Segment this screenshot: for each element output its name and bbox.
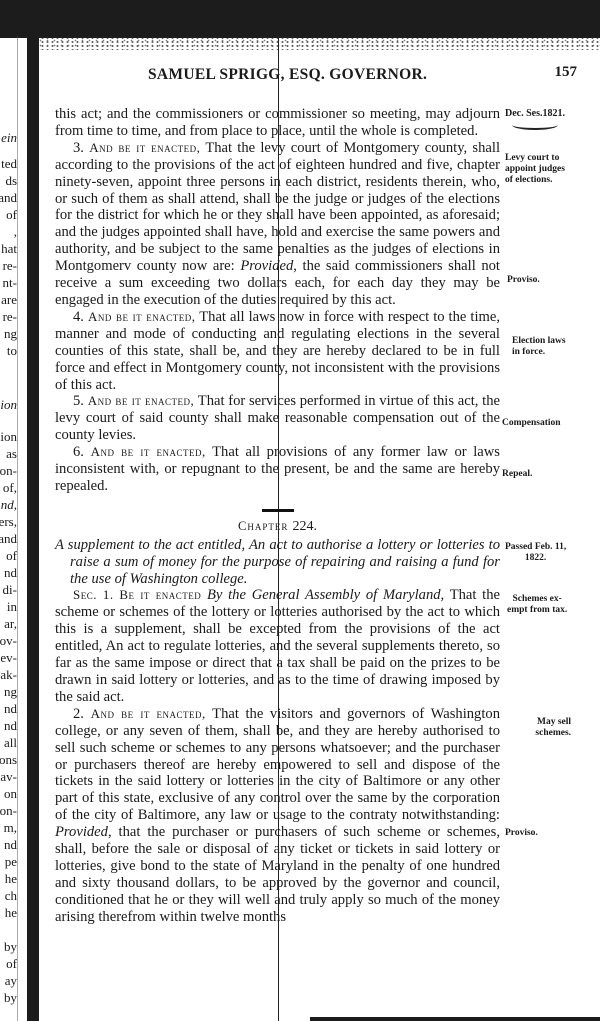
- chapter-heading: Chapter 224.: [55, 518, 500, 536]
- margin-note-passed: Passed Feb. 11, 1822.: [505, 542, 566, 564]
- section-number: 4.: [73, 309, 84, 325]
- fragment: re-: [3, 259, 17, 273]
- page-header: SAMUEL SPRIGG, ESQ. GOVERNOR. 157: [40, 62, 595, 84]
- chapter-number: 224.: [292, 519, 317, 534]
- margin-note-proviso-2: Proviso.: [505, 828, 538, 839]
- fragment: ch: [5, 889, 17, 903]
- fragment: ay: [5, 974, 17, 988]
- section-text: That the visitors and governors of Washi…: [55, 706, 500, 823]
- section-number: 5.: [73, 393, 84, 409]
- fragment: ion: [0, 398, 17, 412]
- scan-bottom-shadow: [310, 1017, 600, 1021]
- fragment: ds: [5, 174, 17, 188]
- running-head: SAMUEL SPRIGG, ESQ. GOVERNOR.: [148, 66, 427, 84]
- fragment: and: [0, 532, 17, 546]
- fragment: by: [4, 940, 17, 954]
- fragment: nd: [4, 566, 17, 580]
- margin-note-session: Dec. Ses.1821.: [505, 108, 565, 119]
- fragment: ng: [4, 685, 17, 699]
- act-title: A supplement to the act entitled, An act…: [55, 537, 500, 588]
- fragment: nd: [4, 702, 17, 716]
- fragment: ted: [1, 157, 17, 171]
- margin-note-line: May sell: [537, 717, 571, 728]
- margin-note-line: Levy court to: [505, 153, 565, 164]
- section-6: 6. And be it enacted, That all provision…: [55, 444, 500, 495]
- fragment: ev-: [0, 651, 17, 665]
- fragment: on: [4, 787, 17, 801]
- fragment: on-: [0, 464, 17, 478]
- fragment: in: [7, 600, 17, 614]
- previous-page-edge: [17, 36, 18, 1021]
- margin-note-schemes-exempt: Schemes ex- empt from tax.: [507, 594, 567, 616]
- section-number: 3.: [73, 140, 84, 156]
- margin-note-line: empt from tax.: [507, 605, 567, 616]
- fragment: di-: [3, 583, 17, 597]
- section-number: Sec. 1.: [73, 587, 114, 602]
- book-spine-shadow: [27, 0, 39, 1021]
- fragment: by: [4, 991, 17, 1005]
- margin-note-repeal: Repeal.: [502, 469, 532, 480]
- section-number: 6.: [73, 444, 84, 460]
- fragment: hat: [1, 242, 17, 256]
- section-4: 4. And be it enacted, That all laws now …: [55, 309, 500, 394]
- section-text: That the levy court of Montgomery county…: [55, 140, 500, 274]
- fragment: to: [7, 344, 17, 358]
- fragment: m,: [4, 821, 17, 835]
- fragment: ak-: [0, 668, 17, 682]
- margin-note-line: Election laws: [512, 336, 566, 347]
- fragment: ,: [14, 225, 17, 239]
- fragment: of: [6, 208, 17, 222]
- previous-page-fragments: ein ted ds and of , hat re- nt- are re- …: [0, 0, 17, 1021]
- fragment: ar,: [4, 617, 17, 631]
- fragment: as: [6, 447, 17, 461]
- fragment: nd: [4, 838, 17, 852]
- fragment: nt-: [3, 276, 17, 290]
- section-2: 2. And be it enacted, That the visitors …: [55, 706, 500, 926]
- fragment: he: [5, 872, 17, 886]
- margin-note-may-sell: May sell schemes.: [537, 717, 571, 739]
- page-number: 157: [555, 64, 578, 81]
- fragment: re-: [3, 310, 17, 324]
- paragraph-continuation: this act; and the commissioners or commi…: [55, 106, 500, 140]
- enacting-clause: And be it enacted,: [88, 309, 196, 324]
- fragment: on-: [0, 804, 17, 818]
- enacting-authority: By the General Assembly of Maryland,: [201, 587, 444, 603]
- enacting-clause: And be it enacted,: [88, 393, 195, 408]
- fragment: ov-: [0, 634, 17, 648]
- fragment: ers,: [0, 515, 17, 529]
- section-5: 5. And be it enacted, That for services …: [55, 393, 500, 444]
- proviso-word: Provided: [240, 258, 293, 274]
- fragment: ng: [4, 327, 17, 341]
- fragment: ion: [0, 430, 17, 444]
- fragment: of,: [3, 481, 17, 495]
- scan-top-shadow: [0, 0, 600, 38]
- document-body: this act; and the commissioners or commi…: [55, 106, 500, 926]
- margin-note-line: Passed Feb. 11,: [505, 542, 566, 553]
- chapter-divider: [262, 509, 294, 512]
- proviso-word: Provided: [55, 824, 108, 840]
- fragment: all: [4, 736, 17, 750]
- fragment: nd,: [1, 498, 17, 512]
- section-text: That the scheme or schemes of the lotter…: [55, 587, 500, 704]
- fragment: he: [5, 906, 17, 920]
- margin-note-compensation: Compensation: [502, 418, 561, 429]
- fragment: are: [1, 293, 17, 307]
- fragment: ons: [0, 753, 17, 767]
- fragment: ein: [1, 131, 17, 145]
- margin-note-proviso: Proviso.: [507, 275, 540, 286]
- section-text: , that the purchaser or purchasers of su…: [55, 824, 500, 925]
- brace-decoration: [512, 120, 558, 130]
- fragment: and: [0, 191, 17, 205]
- section-3: 3. And be it enacted, That the levy cour…: [55, 140, 500, 309]
- enacting-clause: And be it enacted,: [89, 140, 200, 155]
- section-1: Sec. 1. Be it enacted By the General Ass…: [55, 587, 500, 705]
- scan-noise: [35, 36, 600, 50]
- margin-note-line: Schemes ex-: [507, 594, 567, 605]
- margin-note-election-laws: Election laws in force.: [512, 336, 566, 358]
- margin-note-line: appoint judges: [505, 164, 565, 175]
- margin-note-line: in force.: [512, 347, 566, 358]
- chapter-label: Chapter: [238, 519, 288, 533]
- margin-note-levy-court: Levy court to appoint judges of election…: [505, 153, 565, 186]
- section-number: 2.: [73, 706, 84, 722]
- margin-note-line: 1822.: [505, 553, 566, 564]
- margin-note-line: of elections.: [505, 175, 565, 186]
- fragment: of: [6, 549, 17, 563]
- margin-note-line: schemes.: [527, 728, 571, 739]
- fragment: nd: [4, 719, 17, 733]
- enacting-clause: And be it enacted,: [91, 444, 206, 459]
- enacting-clause: Be it enacted: [119, 587, 201, 602]
- enacting-clause: And be it enacted,: [91, 706, 206, 721]
- fragment: pe: [5, 855, 17, 869]
- fragment: av-: [0, 770, 17, 784]
- fragment: of: [6, 957, 17, 971]
